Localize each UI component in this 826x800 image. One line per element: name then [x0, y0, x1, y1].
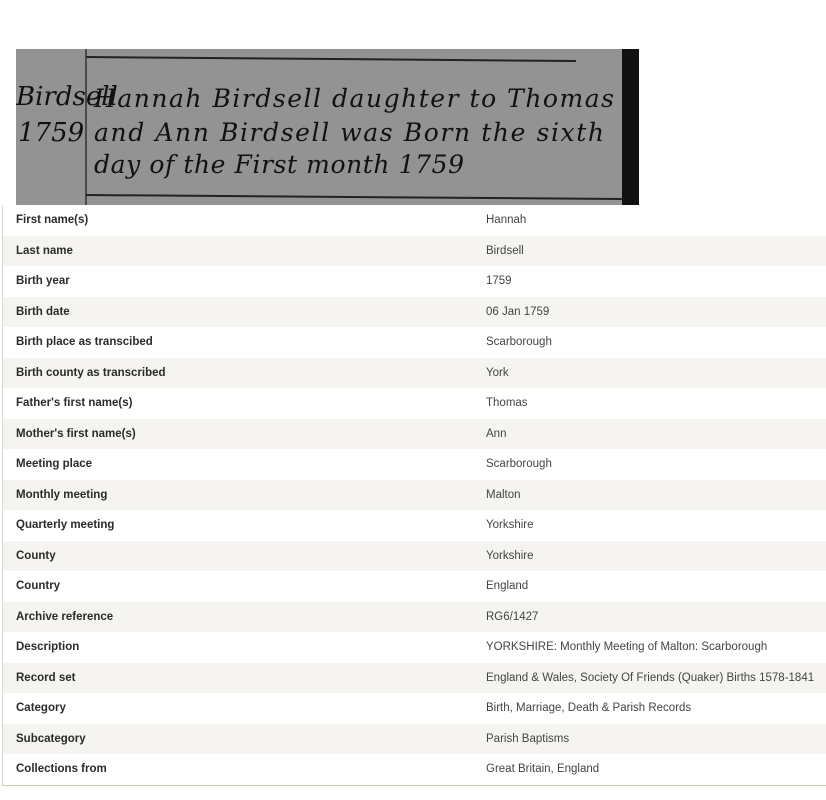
row-first-name: First name(s) Hannah: [3, 205, 826, 236]
label-country: Country: [3, 580, 472, 592]
label-mother-name: Mother's first name(s): [3, 428, 472, 440]
value-birth-year: 1759: [472, 275, 826, 287]
row-birth-county: Birth county as transcribed York: [3, 358, 826, 389]
label-subcategory: Subcategory: [3, 733, 472, 745]
label-meeting-place: Meeting place: [3, 458, 472, 470]
value-first-name: Hannah: [472, 214, 826, 226]
value-monthly-meeting: Malton: [472, 489, 826, 501]
row-birth-year: Birth year 1759: [3, 266, 826, 297]
value-father-name: Thomas: [472, 397, 826, 409]
label-birth-county: Birth county as transcribed: [3, 367, 472, 379]
value-country: England: [472, 580, 826, 592]
row-monthly-meeting: Monthly meeting Malton: [3, 480, 826, 511]
row-last-name: Last name Birdsell: [3, 236, 826, 267]
label-collections-from: Collections from: [3, 763, 472, 775]
record-transcript-image[interactable]: Birdsell 1759 Hannah Birdsell daughter t…: [16, 49, 639, 205]
label-first-name: First name(s): [3, 214, 472, 226]
label-monthly-meeting: Monthly meeting: [3, 489, 472, 501]
value-county: Yorkshire: [472, 550, 826, 562]
row-mother-name: Mother's first name(s) Ann: [3, 419, 826, 450]
value-subcategory: Parish Baptisms: [472, 733, 826, 745]
value-quarterly-meeting: Yorkshire: [472, 519, 826, 531]
svg-text:1759: 1759: [18, 118, 84, 148]
svg-text:day of the First month 1759: day of the First month 1759: [94, 150, 464, 179]
row-subcategory: Subcategory Parish Baptisms: [3, 724, 826, 755]
row-record-set: Record set England & Wales, Society Of F…: [3, 663, 826, 694]
label-quarterly-meeting: Quarterly meeting: [3, 519, 472, 531]
row-father-name: Father's first name(s) Thomas: [3, 388, 826, 419]
row-description: Description YORKSHIRE: Monthly Meeting o…: [3, 632, 826, 663]
label-birth-date: Birth date: [3, 306, 472, 318]
value-record-set: England & Wales, Society Of Friends (Qua…: [472, 672, 826, 684]
row-birth-place: Birth place as transcibed Scarborough: [3, 327, 826, 358]
label-archive-reference: Archive reference: [3, 611, 472, 623]
row-category: Category Birth, Marriage, Death & Parish…: [3, 693, 826, 724]
value-last-name: Birdsell: [472, 245, 826, 257]
row-meeting-place: Meeting place Scarborough: [3, 449, 826, 480]
value-category: Birth, Marriage, Death & Parish Records: [472, 702, 826, 714]
label-birth-place: Birth place as transcibed: [3, 336, 472, 348]
value-meeting-place: Scarborough: [472, 458, 826, 470]
value-birth-place: Scarborough: [472, 336, 826, 348]
value-collections-from: Great Britain, England: [472, 763, 826, 775]
row-quarterly-meeting: Quarterly meeting Yorkshire: [3, 510, 826, 541]
value-description: YORKSHIRE: Monthly Meeting of Malton: Sc…: [472, 641, 826, 653]
row-country: Country England: [3, 571, 826, 602]
label-description: Description: [3, 641, 472, 653]
label-county: County: [3, 550, 472, 562]
value-birth-date: 06 Jan 1759: [472, 306, 826, 318]
label-category: Category: [3, 702, 472, 714]
label-record-set: Record set: [3, 672, 472, 684]
svg-text:Hannah Birdsell daughter to Th: Hannah Birdsell daughter to Thomas: [93, 84, 614, 113]
label-father-name: Father's first name(s): [3, 397, 472, 409]
handwritten-record-scan: Birdsell 1759 Hannah Birdsell daughter t…: [16, 49, 639, 205]
value-birth-county: York: [472, 367, 826, 379]
value-archive-reference: RG6/1427: [472, 611, 826, 623]
record-details-table: First name(s) Hannah Last name Birdsell …: [2, 205, 826, 786]
row-collections-from: Collections from Great Britain, England: [3, 754, 826, 785]
label-birth-year: Birth year: [3, 275, 472, 287]
row-birth-date: Birth date 06 Jan 1759: [3, 297, 826, 328]
label-last-name: Last name: [3, 245, 472, 257]
row-archive-reference: Archive reference RG6/1427: [3, 602, 826, 633]
svg-text:and Ann Birdsell was Born the: and Ann Birdsell was Born the sixth: [94, 118, 604, 147]
row-county: County Yorkshire: [3, 541, 826, 572]
value-mother-name: Ann: [472, 428, 826, 440]
